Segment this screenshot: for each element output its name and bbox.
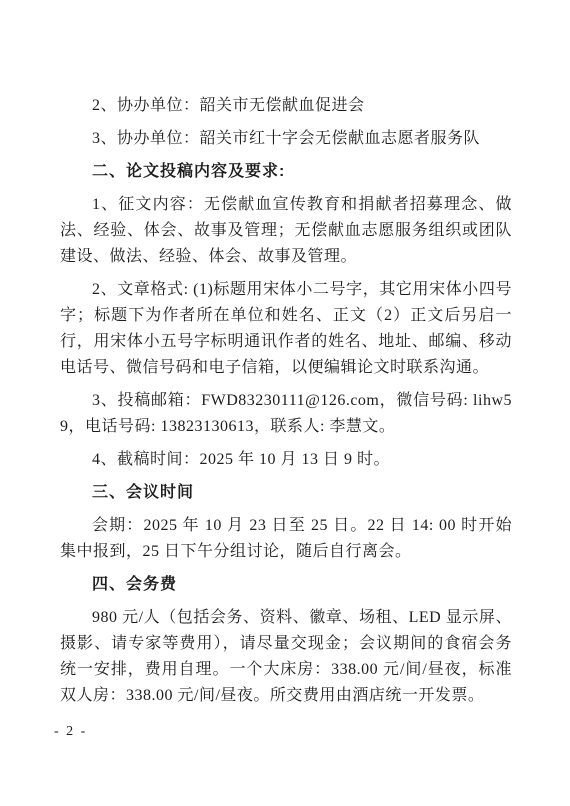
paragraph-submission-contact: 3、投稿邮箱：FWD83230111@126.com，微信号码: lihw59，… — [60, 388, 512, 440]
paragraph-call-for-papers-content: 1、征文内容：无偿献血宣传教育和捐献者招募理念、做法、经验、体会、故事及管理；无… — [60, 192, 512, 270]
document-body: 2、协办单位：韶关市无偿献血促进会 3、协办单位：韶关市红十字会无偿献血志愿者服… — [60, 93, 512, 716]
section-heading-paper-submission: 二、论文投稿内容及要求: — [60, 159, 512, 185]
paragraph-submission-deadline: 4、截稿时间：2025 年 10 月 13 日 9 时。 — [60, 447, 512, 473]
paragraph-co-organizer-3: 3、协办单位：韶关市红十字会无偿献血志愿者服务队 — [60, 126, 512, 152]
section-heading-meeting-time: 三、会议时间 — [60, 480, 512, 506]
paragraph-article-format: 2、文章格式: (1)标题用宋体小二号字，其它用宋体小四号字；标题下为作者所在单… — [60, 277, 512, 381]
paragraph-co-organizer-2: 2、协办单位：韶关市无偿献血促进会 — [60, 93, 512, 119]
page-number: - 2 - — [54, 724, 87, 740]
paragraph-conference-fee-details: 980 元/人（包括会务、资料、徽章、场租、LED 显示屏、摄影、请专家等费用）… — [60, 605, 512, 709]
document-page: 2、协办单位：韶关市无偿献血促进会 3、协办单位：韶关市红十字会无偿献血志愿者服… — [0, 0, 570, 806]
section-heading-conference-fee: 四、会务费 — [60, 572, 512, 598]
paragraph-meeting-schedule: 会期：2025 年 10 月 23 日至 25 日。22 日 14: 00 时开… — [60, 513, 512, 565]
